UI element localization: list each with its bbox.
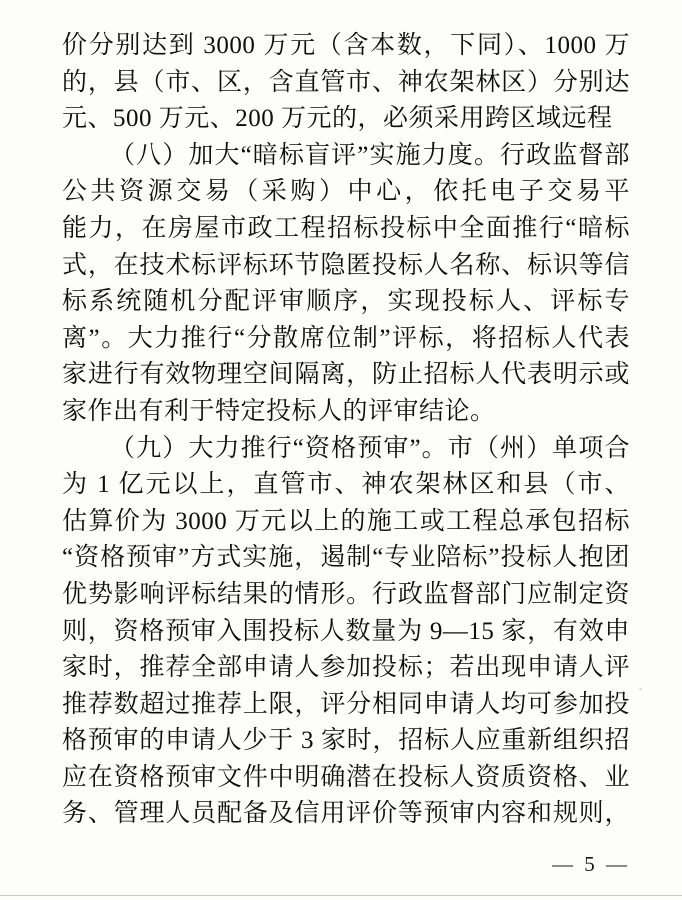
text-line: 式，在技术标评标环节隐匿投标人名称、标识等信息，电子评 [62,248,630,285]
text-line: 的，县（市、区，含直管市、神农架林区）分别达到 1000 万 [62,65,630,102]
page-number: — 5 — [552,852,630,877]
text-line: 家时，推荐全部申请人参加投标；若出现申请人评分相同造成 [62,650,630,687]
text-line: 格预审的申请人少于 3 家时，招标人应重新组织招标。招标人 [62,723,630,760]
text-line: 估算价为 3000 万元以上的施工或工程总承包招标项目，采用 [62,504,630,541]
text-line: 离”。大力推行“分散席位制”评标，将招标人代表与评标专 [62,321,630,358]
text-line: 务、管理人员配备及信用评价等预审内容和规则，并依法组建 [62,796,630,833]
text-line: 家进行有效物理空间隔离，防止招标人代表明示或暗示评标专 [62,357,630,394]
text-line: 为 1 亿元以上，直管市、神农架林区和县（市、区）单项合同 [62,467,630,504]
text-line: 价分别达到 3000 万元（含本数，下同）、1000 万元、500 万元 [62,28,630,65]
document-page: 价分别达到 3000 万元（含本数，下同）、1000 万元、500 万元的，县（… [0,0,682,900]
text-line: 推荐数超过推荐上限，评分相同申请人均可参加投标；通过资 [62,687,630,724]
scan-edge-line [0,895,682,896]
text-line: （八）加大“暗标盲评”实施力度。行政监督部门要会同 [62,138,630,175]
scan-speck [639,688,642,690]
text-line: 应在资格预审文件中明确潜在投标人资质资格、业绩奖项、财 [62,760,630,797]
text-line: （九）大力推行“资格预审”。市（州）单项合同估算价 [62,431,630,468]
text-line: 标系统随机分配评审顺序，实现投标人、评标专家“双盲隔 [62,284,630,321]
text-line: 优势影响评标结果的情形。行政监督部门应制定资格预审规 [62,577,630,614]
text-line: 则，资格预审入围投标人数量为 9—15 家，有效申请人不足 9 [62,614,630,651]
text-line: 公共资源交易（采购）中心，依托电子交易平台“暗标”技术 [62,174,630,211]
text-line: “资格预审”方式实施，遏制“专业陪标”投标人抱团以数量 [62,540,630,577]
document-body: 价分别达到 3000 万元（含本数，下同）、1000 万元、500 万元的，县（… [62,28,630,833]
text-line: 元、500 万元、200 万元的，必须采用跨区域远程异地评标。 [62,101,630,138]
text-line: 能力，在房屋市政工程招标投标中全面推行“暗标盲评”模 [62,211,630,248]
text-line: 家作出有利于特定投标人的评审结论。 [62,394,630,431]
